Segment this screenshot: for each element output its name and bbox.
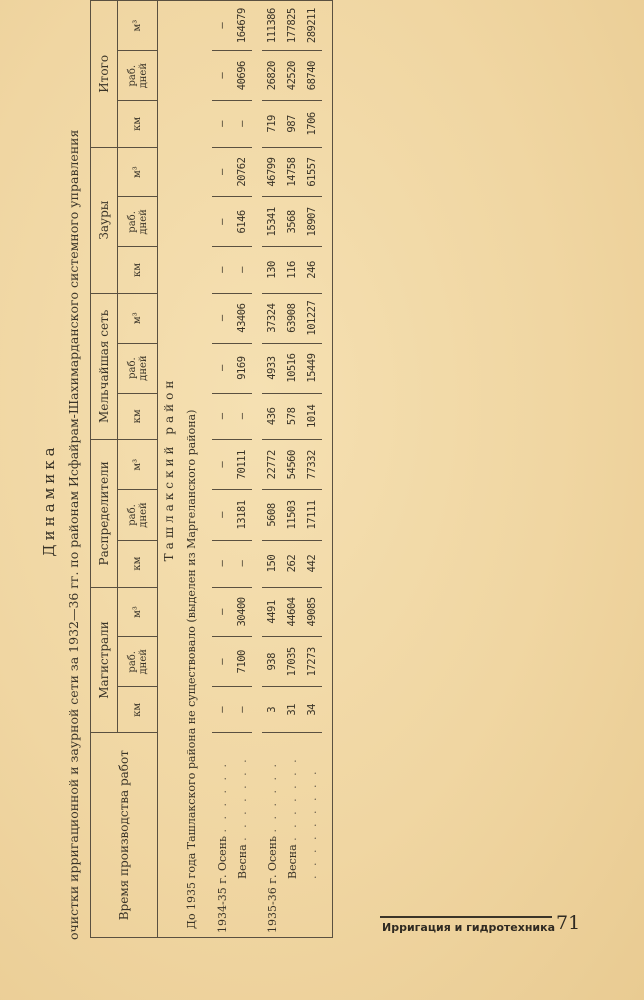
cell: 15341 <box>262 197 282 247</box>
subheader-m3: м³ <box>118 1 158 51</box>
cell: 17035 <box>282 637 302 687</box>
cell: — <box>212 393 232 440</box>
cell: 10516 <box>282 343 302 393</box>
spacer <box>252 1 262 938</box>
cell: — <box>212 540 232 587</box>
cell: — <box>212 587 232 637</box>
subheader-km: км <box>118 247 158 293</box>
cell: 164679 <box>232 1 252 51</box>
cell: 14758 <box>282 147 302 197</box>
cell: 46799 <box>262 147 282 197</box>
group-header-small-network: Мельчайшая сеть <box>91 293 118 440</box>
cell: 17111 <box>302 490 322 540</box>
cell: — <box>212 1 232 51</box>
cell: 9169 <box>232 343 252 393</box>
cell: — <box>232 393 252 440</box>
cell: 30400 <box>232 587 252 637</box>
cell: — <box>232 540 252 587</box>
subheader-km: км <box>118 540 158 587</box>
table-row: 1934-35 г. Осень . . . . . . — — — — — —… <box>212 1 232 938</box>
cell: — <box>212 147 232 197</box>
cell: — <box>212 490 232 540</box>
cell: 49085 <box>302 587 322 637</box>
group-header-total: Итого <box>91 1 118 148</box>
cell: — <box>212 637 232 687</box>
cell: 63908 <box>282 293 302 343</box>
subheader-days: раб. дней <box>118 490 158 540</box>
cell: 15449 <box>302 343 322 393</box>
cell: 1014 <box>302 393 322 440</box>
subheader-days: раб. дней <box>118 637 158 687</box>
subheader-days: раб. дней <box>118 197 158 247</box>
empty-rows-area <box>322 1 333 938</box>
cell: 3 <box>262 687 282 733</box>
table-subtitle: очистки ирригационной и заурной сети за … <box>66 20 81 940</box>
journal-name: Ирригация и гидротехника <box>382 921 555 934</box>
cell: 40696 <box>232 51 252 101</box>
cell: 11503 <box>282 490 302 540</box>
cell: 17273 <box>302 637 322 687</box>
rotated-table-page: Динамика очистки ирригационной и заурной… <box>0 0 644 1000</box>
subheader-km: км <box>118 101 158 148</box>
cell: 1706 <box>302 101 322 148</box>
cell: 938 <box>262 637 282 687</box>
cell: 289211 <box>302 1 322 51</box>
cell: 20762 <box>232 147 252 197</box>
cell: — <box>232 247 252 293</box>
cell: — <box>212 687 232 733</box>
cell: 43406 <box>232 293 252 343</box>
cell: 68740 <box>302 51 322 101</box>
subheader-m3: м³ <box>118 587 158 637</box>
table-title: Динамика <box>40 0 58 1000</box>
cell: 13181 <box>232 490 252 540</box>
cell: 54560 <box>282 440 302 490</box>
cell: 37324 <box>262 293 282 343</box>
subheader-km: км <box>118 393 158 440</box>
cell: 22772 <box>262 440 282 490</box>
cell: — <box>212 197 232 247</box>
cell: 987 <box>282 101 302 148</box>
cell: — <box>232 101 252 148</box>
cell: 246 <box>302 247 322 293</box>
row-label: Весна . . . . . . . <box>232 733 252 938</box>
table-row: Весна . . . . . . . — 7100 30400 — 13181… <box>232 1 252 938</box>
data-table: Время производства работ Магистрали Расп… <box>90 0 333 938</box>
footer-rule <box>380 916 552 918</box>
cell: 77332 <box>302 440 322 490</box>
cell: — <box>232 687 252 733</box>
cell: 6146 <box>232 197 252 247</box>
cell: 150 <box>262 540 282 587</box>
page-number: 71 <box>556 912 580 934</box>
cell: 262 <box>282 540 302 587</box>
table-row: Весна . . . . . . . 31 17035 44604 262 1… <box>282 1 302 938</box>
cell: 26820 <box>262 51 282 101</box>
table-row: 1935-36 г. Осень . . . . . . 3 938 4491 … <box>262 1 282 938</box>
cell: 130 <box>262 247 282 293</box>
cell: — <box>212 343 232 393</box>
row-label: Весна . . . . . . . <box>282 733 302 938</box>
cell: — <box>212 51 232 101</box>
cell: 70111 <box>232 440 252 490</box>
cell: 7100 <box>232 637 252 687</box>
subheader-days: раб. дней <box>118 343 158 393</box>
row-label: . . . . . . . . . <box>302 733 322 938</box>
cell: 31 <box>282 687 302 733</box>
cell: 3568 <box>282 197 302 247</box>
group-header-main-canals: Магистрали <box>91 587 118 733</box>
cell: 42520 <box>282 51 302 101</box>
row-label: 1935-36 г. Осень . . . . . . <box>262 733 282 938</box>
group-header-drains: Зауры <box>91 147 118 293</box>
table-row-total: . . . . . . . . . 34 17273 49085 442 171… <box>302 1 322 938</box>
cell: 44604 <box>282 587 302 637</box>
region-heading: Ташлакский район <box>158 1 181 938</box>
cell: 111386 <box>262 1 282 51</box>
cell: — <box>212 247 232 293</box>
cell: — <box>212 440 232 490</box>
cell: 177825 <box>282 1 302 51</box>
cell: 5608 <box>262 490 282 540</box>
subheader-km: км <box>118 687 158 733</box>
cell: 18907 <box>302 197 322 247</box>
region-note: До 1935 года Ташлакского района не сущес… <box>180 1 202 938</box>
spacer <box>202 1 212 938</box>
row-label: 1934-35 г. Осень . . . . . . <box>212 733 232 938</box>
subheader-m3: м³ <box>118 147 158 197</box>
cell: 719 <box>262 101 282 148</box>
cell: 578 <box>282 393 302 440</box>
cell: 101227 <box>302 293 322 343</box>
cell: 34 <box>302 687 322 733</box>
subheader-m3: м³ <box>118 440 158 490</box>
subheader-m3: м³ <box>118 293 158 343</box>
cell: 116 <box>282 247 302 293</box>
cell: — <box>212 101 232 148</box>
cell: 4491 <box>262 587 282 637</box>
cell: — <box>212 293 232 343</box>
cell: 61557 <box>302 147 322 197</box>
time-header: Время производства работ <box>91 733 158 938</box>
cell: 436 <box>262 393 282 440</box>
group-header-distributors: Распределители <box>91 440 118 587</box>
cell: 4933 <box>262 343 282 393</box>
subheader-days: раб. дней <box>118 51 158 101</box>
cell: 442 <box>302 540 322 587</box>
